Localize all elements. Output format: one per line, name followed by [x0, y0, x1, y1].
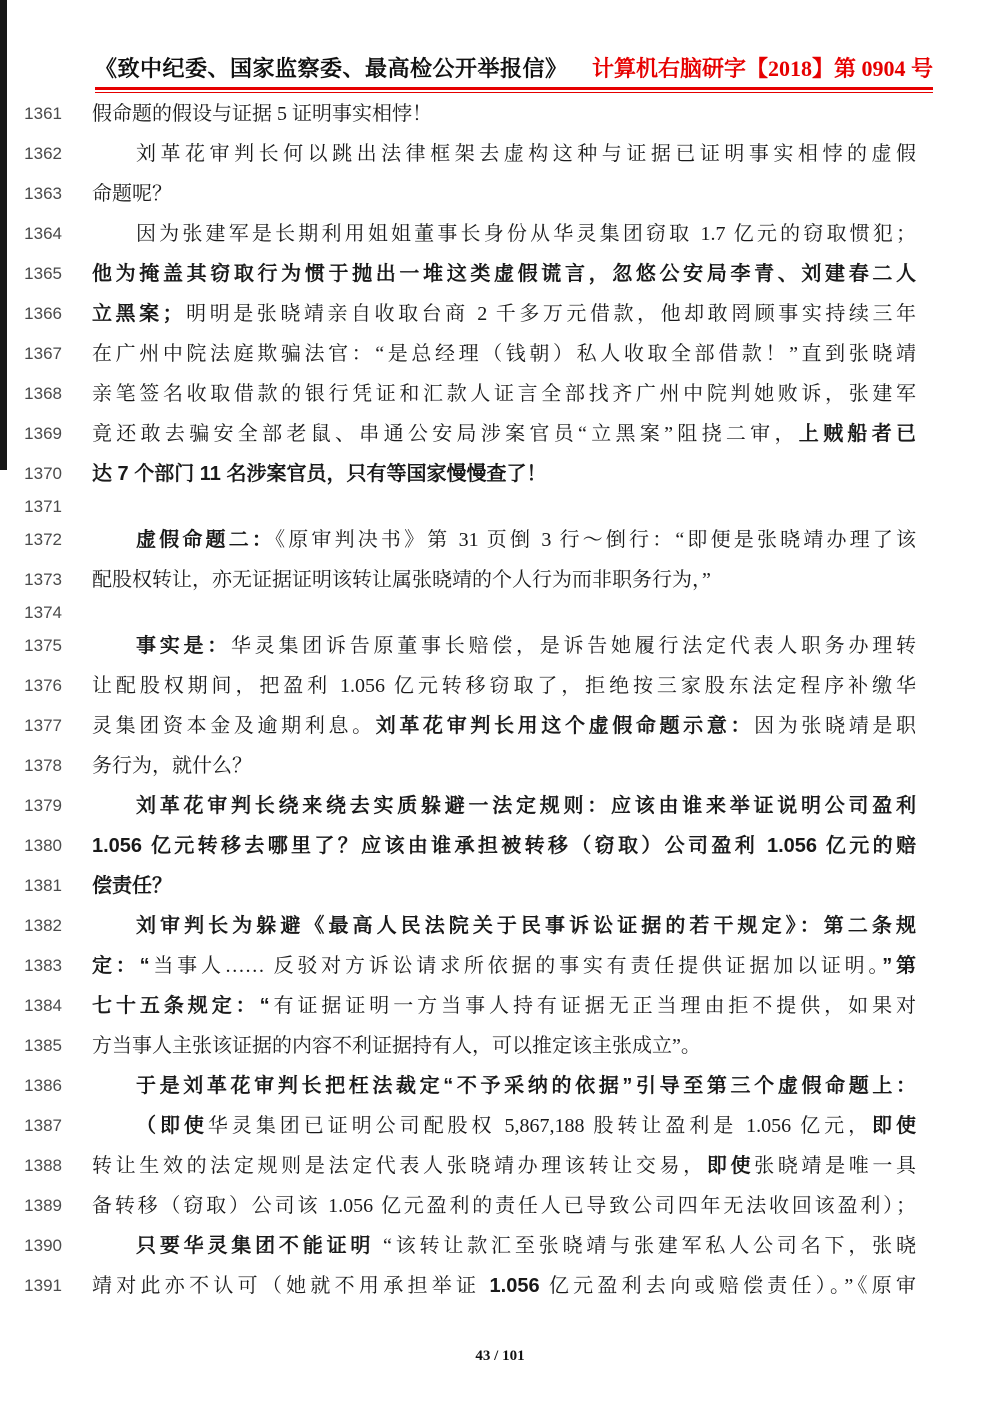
line-text: 务行为，就什么？ — [92, 746, 916, 786]
text-segment: 华灵集团已证明公司配股权 5,867,188 股转让盈利是 1.056 亿元， — [208, 1115, 872, 1137]
line-text: （即使华灵集团已证明公司配股权 5,867,188 股转让盈利是 1.056 亿… — [92, 1106, 916, 1146]
text-segment: 刘革花审判长何以跳出法律框架去虚构这种与证据已证明事实相悖的虚假 — [136, 143, 916, 165]
document-line: 1385方当事人主张该证据的内容不利证据持有人，可以推定该主张成立”。 — [0, 1026, 1000, 1066]
line-number: 1385 — [0, 1026, 62, 1066]
line-text: 亲笔签名收取借款的银行凭证和汇款人证言全部找齐广州中院判她败诉，张建军 — [92, 374, 916, 414]
document-line: 1384七十五条规定：“有证据证明一方当事人持有证据无正当理由拒不提供，如果对 — [0, 986, 1000, 1026]
bold-text-segment: 1.056 — [490, 1275, 540, 1297]
bold-text-segment: 于是刘革花审判长把枉法裁定“不予采纳的依据”引导至第三个虚假命题上： — [136, 1075, 916, 1097]
line-text: 在广州中院法庭欺骗法官：“是总经理（钱朝）私人收取全部借款！”直到张晓靖 — [92, 334, 916, 374]
line-text — [92, 494, 916, 520]
bold-text-segment: 立黑案； — [92, 303, 183, 325]
line-text — [92, 600, 916, 626]
bold-text-segment: 即使 — [707, 1155, 754, 1177]
bold-text-segment: 只要华灵集团不能证明 — [136, 1235, 374, 1257]
text-segment: 亿元盈利去向或赔偿责任）。”《原审 — [540, 1275, 916, 1297]
document-line: 1363命题呢？ — [0, 174, 1000, 214]
text-segment: 亲笔签名收取借款的银行凭证和汇款人证言全部找齐广州中院判她败诉，张建军 — [92, 383, 916, 405]
line-text: 假命题的假设与证据 5 证明事实相悖！ — [92, 94, 916, 134]
document-line: 1376让配股权期间，把盈利 1.056 亿元转移窃取了，拒绝按三家股东法定程序… — [0, 666, 1000, 706]
document-line: 1381偿责任？ — [0, 866, 1000, 906]
line-text: 命题呢？ — [92, 174, 916, 214]
line-text: 偿责任？ — [92, 866, 916, 906]
document-line: 1382刘审判长为躲避《最高人民法院关于民事诉讼证据的若干规定》：第二条规 — [0, 906, 1000, 946]
page-footer: 43 / 101 — [0, 1348, 1000, 1365]
line-text: 达 7 个部门 11 名涉案官员，只有等国家慢慢查了！ — [92, 454, 916, 494]
bold-text-segment: 事实是： — [136, 635, 231, 657]
line-number: 1379 — [0, 786, 62, 826]
text-segment: 《原审判决书》第 31 页倒 3 行～倒行：“即便是张晓靖办理了该 — [275, 529, 916, 551]
line-number: 1381 — [0, 866, 62, 906]
text-segment: 务行为，就什么？ — [92, 755, 252, 777]
document-line: 1369竟还敢去骗安全部老鼠、串通公安局涉案官员“立黑案”阻挠二审，上贼船者已 — [0, 414, 1000, 454]
document-line: 1389备转移（窃取）公司该 1.056 亿元盈利的责任人已导致公司四年无法收回… — [0, 1186, 1000, 1226]
text-segment: 当事人…… 反驳对方诉讼请求所依据的事实有责任提供证据加以证明。 — [150, 955, 883, 977]
line-text: 1.056 亿元转移去哪里了？应该由谁承担被转移（窃取）公司盈利 1.056 亿… — [92, 826, 916, 866]
document-line: 1375事实是：华灵集团诉告原董事长赔偿，是诉告她履行法定代表人职务办理转 — [0, 626, 1000, 666]
text-segment: 因为张晓靖是职 — [754, 715, 916, 737]
line-text: 转让生效的法定规则是法定代表人张晓靖办理该转让交易，即使张晓靖是唯一具 — [92, 1146, 916, 1186]
text-segment: 华灵集团诉告原董事长赔偿，是诉告她履行法定代表人职务办理转 — [231, 635, 916, 657]
document-line: 1379刘革花审判长绕来绕去实质躲避一法定规则：应该由谁来举证说明公司盈利 — [0, 786, 1000, 826]
line-number: 1363 — [0, 174, 62, 214]
line-text: 灵集团资本金及逾期利息。刘革花审判长用这个虚假命题示意：因为张晓靖是职 — [92, 706, 916, 746]
line-text: 他为掩盖其窃取行为惯于抛出一堆这类虚假谎言，忽悠公安局李青、刘建春二人 — [92, 254, 916, 294]
line-number: 1380 — [0, 826, 62, 866]
text-segment: 有证据证明一方当事人持有证据无正当理由拒不提供，如果对 — [270, 995, 916, 1017]
text-segment: 靖对此亦不认可（她就不用承担举证 — [92, 1275, 490, 1297]
text-segment: 灵集团资本金及逾期利息。 — [92, 715, 376, 737]
text-segment: 明明是张晓靖亲自收取台商 2 千多万元借款，他却敢罔顾事实持续三年 — [183, 303, 916, 325]
bold-text-segment: 刘革花审判长绕来绕去实质躲避一法定规则：应该由谁来举证说明公司盈利 — [136, 795, 916, 817]
line-text: 备转移（窃取）公司该 1.056 亿元盈利的责任人已导致公司四年无法收回该盈利）… — [92, 1186, 916, 1226]
line-text: 定：“当事人…… 反驳对方诉讼请求所依据的事实有责任提供证据加以证明。”第 — [92, 946, 916, 986]
line-text: 刘革花审判长绕来绕去实质躲避一法定规则：应该由谁来举证说明公司盈利 — [92, 786, 916, 826]
line-number: 1367 — [0, 334, 62, 374]
document-line: 1386于是刘革花审判长把枉法裁定“不予采纳的依据”引导至第三个虚假命题上： — [0, 1066, 1000, 1106]
text-segment: 在广州中院法庭欺骗法官：“是总经理（钱朝）私人收取全部借款！”直到张晓靖 — [92, 343, 916, 365]
line-text: 竟还敢去骗安全部老鼠、串通公安局涉案官员“立黑案”阻挠二审，上贼船者已 — [92, 414, 916, 454]
document-line: 1361假命题的假设与证据 5 证明事实相悖！ — [0, 94, 1000, 134]
line-number: 1370 — [0, 454, 62, 494]
document-line: 1364因为张建军是长期利用姐姐董事长身份从华灵集团窃取 1.7 亿元的窃取惯犯… — [0, 214, 1000, 254]
line-number: 1372 — [0, 520, 62, 560]
line-number: 1369 — [0, 414, 62, 454]
text-segment: “该转让款汇至张晓靖与张建军私人公司名下，张晓 — [374, 1235, 916, 1257]
line-text: 只要华灵集团不能证明 “该转让款汇至张晓靖与张建军私人公司名下，张晓 — [92, 1226, 916, 1266]
line-number: 1362 — [0, 134, 62, 174]
line-text: 因为张建军是长期利用姐姐董事长身份从华灵集团窃取 1.7 亿元的窃取惯犯； — [92, 214, 916, 254]
document-line: 1387（即使华灵集团已证明公司配股权 5,867,188 股转让盈利是 1.0… — [0, 1106, 1000, 1146]
line-number: 1368 — [0, 374, 62, 414]
line-text: 方当事人主张该证据的内容不利证据持有人，可以推定该主张成立”。 — [92, 1026, 916, 1066]
document-line: 1368亲笔签名收取借款的银行凭证和汇款人证言全部找齐广州中院判她败诉，张建军 — [0, 374, 1000, 414]
line-text: 刘审判长为躲避《最高人民法院关于民事诉讼证据的若干规定》：第二条规 — [92, 906, 916, 946]
document-line: 1367在广州中院法庭欺骗法官：“是总经理（钱朝）私人收取全部借款！”直到张晓靖 — [0, 334, 1000, 374]
document-line: 1365他为掩盖其窃取行为惯于抛出一堆这类虚假谎言，忽悠公安局李青、刘建春二人 — [0, 254, 1000, 294]
document-line: 1373配股权转让，亦无证据证明该转让属张晓靖的个人行为而非职务行为，” — [0, 560, 1000, 600]
bold-text-segment: 1.056 亿元转移去哪里了？应该由谁承担被转移（窃取）公司盈利 1.056 亿… — [92, 835, 916, 857]
document-line: 1383定：“当事人…… 反驳对方诉讼请求所依据的事实有责任提供证据加以证明。”… — [0, 946, 1000, 986]
line-number: 1390 — [0, 1226, 62, 1266]
document-lines: 1361假命题的假设与证据 5 证明事实相悖！1362刘革花审判长何以跳出法律框… — [0, 94, 1000, 1306]
bold-text-segment: 他为掩盖其窃取行为惯于抛出一堆这类虚假谎言，忽悠公安局李青、刘建春二人 — [92, 263, 916, 285]
bold-text-segment: ”第 — [882, 955, 916, 977]
bold-text-segment: 七十五条规定：“ — [92, 995, 270, 1017]
line-number: 1383 — [0, 946, 62, 986]
document-line: 1377灵集团资本金及逾期利息。刘革花审判长用这个虚假命题示意：因为张晓靖是职 — [0, 706, 1000, 746]
document-page: 《致中纪委、国家监察委、最高检公开举报信》 计算机右脑研字【2018】第 090… — [0, 0, 1000, 1413]
line-text: 靖对此亦不认可（她就不用承担举证 1.056 亿元盈利去向或赔偿责任）。”《原审 — [92, 1266, 916, 1306]
line-text: 于是刘革花审判长把枉法裁定“不予采纳的依据”引导至第三个虚假命题上： — [92, 1066, 916, 1106]
line-number: 1376 — [0, 666, 62, 706]
line-number: 1364 — [0, 214, 62, 254]
line-text: 立黑案；明明是张晓靖亲自收取台商 2 千多万元借款，他却敢罔顾事实持续三年 — [92, 294, 916, 334]
text-segment: 命题呢？ — [92, 183, 172, 205]
document-line: 1362刘革花审判长何以跳出法律框架去虚构这种与证据已证明事实相悖的虚假 — [0, 134, 1000, 174]
text-segment: 假命题的假设与证据 5 证明事实相悖！ — [92, 103, 432, 125]
page-header: 《致中纪委、国家监察委、最高检公开举报信》 计算机右脑研字【2018】第 090… — [95, 52, 933, 90]
line-number: 1382 — [0, 906, 62, 946]
line-number: 1378 — [0, 746, 62, 786]
bold-text-segment: （即使 — [136, 1115, 208, 1137]
bold-text-segment: 上贼船者已 — [799, 423, 916, 445]
text-segment: 配股权转让，亦无证据证明该转让属张晓靖的个人行为而非职务行为，” — [92, 569, 711, 591]
line-number: 1373 — [0, 560, 62, 600]
text-segment: 张晓靖是唯一具 — [754, 1155, 916, 1177]
line-number: 1387 — [0, 1106, 62, 1146]
line-number: 1366 — [0, 294, 62, 334]
document-line: 1391靖对此亦不认可（她就不用承担举证 1.056 亿元盈利去向或赔偿责任）。… — [0, 1266, 1000, 1306]
line-number: 1384 — [0, 986, 62, 1026]
line-number: 1377 — [0, 706, 62, 746]
text-segment: 因为张建军是长期利用姐姐董事长身份从华灵集团窃取 1.7 亿元的窃取惯犯； — [136, 223, 916, 245]
line-number: 1375 — [0, 626, 62, 666]
line-number: 1361 — [0, 94, 62, 134]
document-line: 1370达 7 个部门 11 名涉案官员，只有等国家慢慢查了！ — [0, 454, 1000, 494]
document-line: 1371 — [0, 494, 1000, 520]
document-line: 1388转让生效的法定规则是法定代表人张晓靖办理该转让交易，即使张晓靖是唯一具 — [0, 1146, 1000, 1186]
bold-text-segment: 刘革花审判长用这个虚假命题示意： — [376, 715, 754, 737]
document-reference-number: 计算机右脑研字【2018】第 0904 号 — [592, 52, 933, 83]
line-number: 1388 — [0, 1146, 62, 1186]
line-number: 1365 — [0, 254, 62, 294]
document-line: 1372虚假命题二：《原审判决书》第 31 页倒 3 行～倒行：“即便是张晓靖办… — [0, 520, 1000, 560]
line-text: 让配股权期间，把盈利 1.056 亿元转移窃取了，拒绝按三家股东法定程序补缴华 — [92, 666, 916, 706]
line-number: 1389 — [0, 1186, 62, 1226]
document-title: 《致中纪委、国家监察委、最高检公开举报信》 — [95, 52, 568, 83]
text-segment: 转让生效的法定规则是法定代表人张晓靖办理该转让交易， — [92, 1155, 707, 1177]
line-number: 1371 — [0, 494, 62, 520]
line-number: 1386 — [0, 1066, 62, 1106]
bold-text-segment: 定：“ — [92, 955, 150, 977]
document-line: 1378务行为，就什么？ — [0, 746, 1000, 786]
document-line: 1390只要华灵集团不能证明 “该转让款汇至张晓靖与张建军私人公司名下，张晓 — [0, 1226, 1000, 1266]
text-segment: 让配股权期间，把盈利 1.056 亿元转移窃取了，拒绝按三家股东法定程序补缴华 — [92, 675, 916, 697]
line-text: 虚假命题二：《原审判决书》第 31 页倒 3 行～倒行：“即便是张晓靖办理了该 — [92, 520, 916, 560]
bold-text-segment: 虚假命题二： — [136, 529, 275, 551]
text-segment: 竟还敢去骗安全部老鼠、串通公安局涉案官员“立黑案”阻挠二审， — [92, 423, 799, 445]
page-indicator: 43 / 101 — [475, 1348, 524, 1364]
line-text: 事实是：华灵集团诉告原董事长赔偿，是诉告她履行法定代表人职务办理转 — [92, 626, 916, 666]
text-segment: 备转移（窃取）公司该 1.056 亿元盈利的责任人已导致公司四年无法收回该盈利）… — [92, 1195, 916, 1217]
line-text: 配股权转让，亦无证据证明该转让属张晓靖的个人行为而非职务行为，” — [92, 560, 916, 600]
text-segment: 方当事人主张该证据的内容不利证据持有人，可以推定该主张成立”。 — [92, 1035, 701, 1057]
line-text: 七十五条规定：“有证据证明一方当事人持有证据无正当理由拒不提供，如果对 — [92, 986, 916, 1026]
document-line: 1366立黑案；明明是张晓靖亲自收取台商 2 千多万元借款，他却敢罔顾事实持续三… — [0, 294, 1000, 334]
bold-text-segment: 刘审判长为躲避《最高人民法院关于民事诉讼证据的若干规定》：第二条规 — [136, 915, 916, 937]
line-text: 刘革花审判长何以跳出法律框架去虚构这种与证据已证明事实相悖的虚假 — [92, 134, 916, 174]
line-number: 1374 — [0, 600, 62, 626]
bold-text-segment: 即使 — [872, 1115, 916, 1137]
bold-text-segment: 偿责任？ — [92, 875, 172, 897]
document-line: 13801.056 亿元转移去哪里了？应该由谁承担被转移（窃取）公司盈利 1.0… — [0, 826, 1000, 866]
line-number: 1391 — [0, 1266, 62, 1306]
document-line: 1374 — [0, 600, 1000, 626]
bold-text-segment: 达 7 个部门 11 名涉案官员，只有等国家慢慢查了！ — [92, 463, 547, 485]
